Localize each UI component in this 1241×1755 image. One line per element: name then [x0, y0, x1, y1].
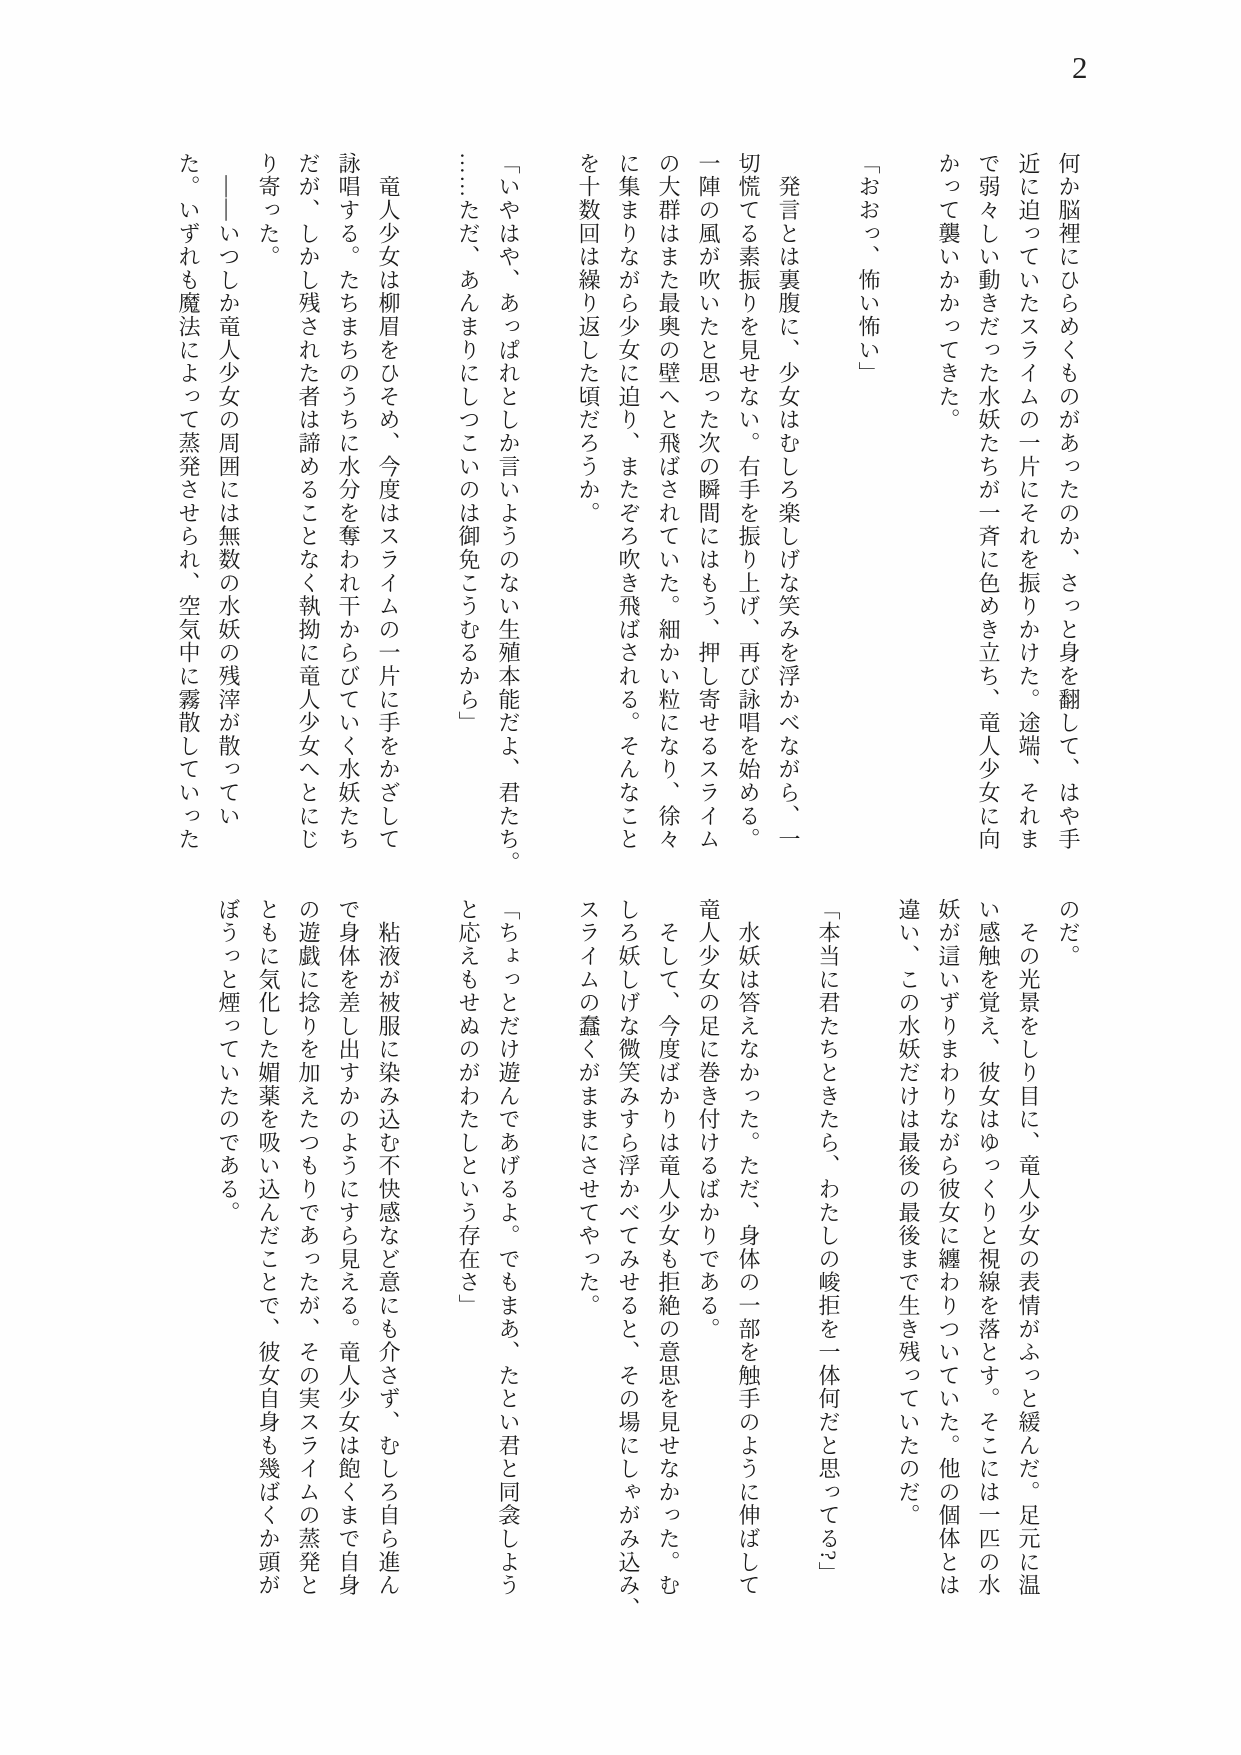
text-column: 粘液が被服に染み込む不快感など意にも介さず、むしろ自ら進ん	[368, 898, 408, 1600]
text-column: 竜人少女の足に巻き付けるばかりである。	[688, 898, 728, 1600]
text-column: い感触を覚え、彼女はゆっくりと視線を落とす。そこには一匹の水	[968, 898, 1008, 1600]
text-block-top: 何か脳裡にひらめくものがあったのか、さっと身を翻して、はや手近に迫っていたスライ…	[168, 152, 1088, 854]
text-column: だが、しかし残された者は諦めることなく執拗に竜人少女へとにじ	[288, 152, 328, 854]
text-column: 竜人少女は柳眉をひそめ、今度はスライムの一片に手をかざして	[368, 152, 408, 854]
column-gap	[848, 898, 888, 1600]
text-column: り寄った。	[248, 152, 288, 854]
text-column: 近に迫っていたスライムの一片にそれを振りかけた。途端、それま	[1008, 152, 1048, 854]
text-column: 一陣の風が吹いたと思った次の瞬間にはもう、押し寄せるスライム	[688, 152, 728, 854]
column-gap	[888, 152, 928, 854]
text-column: ぼうっと煙っていたのである。	[208, 898, 248, 1600]
text-column: た。いずれも魔法によって蒸発させられ、空気中に霧散していった	[168, 152, 208, 854]
column-gap	[528, 898, 568, 1600]
text-column: 「おおっ、怖い怖い」	[848, 152, 888, 854]
text-column: 「本当に君たちときたら、わたしの峻拒を一体何だと思ってる?」	[808, 898, 848, 1600]
text-column: の大群はまた最奥の壁へと飛ばされていた。細かい粒になり、徐々	[648, 152, 688, 854]
text-column: に集まりながら少女に迫り、またぞろ吹き飛ばされる。そんなこと	[608, 152, 648, 854]
text-column: ともに気化した媚薬を吸い込んだことで、彼女自身も幾ばくか頭が	[248, 898, 288, 1600]
text-column: の遊戯に捻りを加えたつもりであったが、その実スライムの蒸発と	[288, 898, 328, 1600]
text-block-bottom: のだ。 その光景をしり目に、竜人少女の表情がふっと緩んだ。足元に温い感触を覚え、…	[208, 898, 1088, 1600]
text-column: 「いやはや、あっぱれとしか言いようのない生殖本能だよ、君たち。	[488, 152, 528, 854]
text-column: しろ妖しげな微笑みすら浮かべてみせると、その場にしゃがみ込み、	[608, 898, 648, 1600]
text-column: ……ただ、あんまりにしつこいのは御免こうむるから」	[448, 152, 488, 854]
text-column: 違い、この水妖だけは最後の最後まで生き残っていたのだ。	[888, 898, 928, 1600]
text-column: そして、今度ばかりは竜人少女も拒絶の意思を見せなかった。む	[648, 898, 688, 1600]
text-column: 何か脳裡にひらめくものがあったのか、さっと身を翻して、はや手	[1048, 152, 1088, 854]
text-column: 発言とは裏腹に、少女はむしろ楽しげな笑みを浮かべながら、一	[768, 152, 808, 854]
column-gap	[408, 152, 448, 854]
text-column: スライムの蠢くがままにさせてやった。	[568, 898, 608, 1600]
text-column: と応えもせぬのがわたしという存在さ」	[448, 898, 488, 1600]
text-column: 水妖は答えなかった。ただ、身体の一部を触手のように伸ばして	[728, 898, 768, 1600]
text-column: 詠唱する。たちまちのうちに水分を奪われ干からびていく水妖たち	[328, 152, 368, 854]
text-column: を十数回は繰り返した頃だろうか。	[568, 152, 608, 854]
text-column: で弱々しい動きだった水妖たちが一斉に色めき立ち、竜人少女に向	[968, 152, 1008, 854]
text-column: 妖が這いずりまわりながら彼女に纏わりついていた。他の個体とは	[928, 898, 968, 1600]
page-number: 2	[1072, 52, 1088, 83]
text-column: その光景をしり目に、竜人少女の表情がふっと緩んだ。足元に温	[1008, 898, 1048, 1600]
document-page: 2 何か脳裡にひらめくものがあったのか、さっと身を翻して、はや手近に迫っていたス…	[0, 0, 1241, 1755]
text-column: 「ちょっとだけ遊んであげるよ。でもまあ、たとい君と同衾しよう	[488, 898, 528, 1600]
column-gap	[768, 898, 808, 1600]
column-gap	[408, 898, 448, 1600]
text-column: 切慌てる素振りを見せない。右手を振り上げ、再び詠唱を始める。	[728, 152, 768, 854]
column-gap	[808, 152, 848, 854]
column-gap	[528, 152, 568, 854]
text-column: ――いつしか竜人少女の周囲には無数の水妖の残滓が散ってい	[208, 152, 248, 854]
text-column: のだ。	[1048, 898, 1088, 1600]
text-column: かって襲いかかってきた。	[928, 152, 968, 854]
text-column: で身体を差し出すかのようにすら見える。竜人少女は飽くまで自身	[328, 898, 368, 1600]
